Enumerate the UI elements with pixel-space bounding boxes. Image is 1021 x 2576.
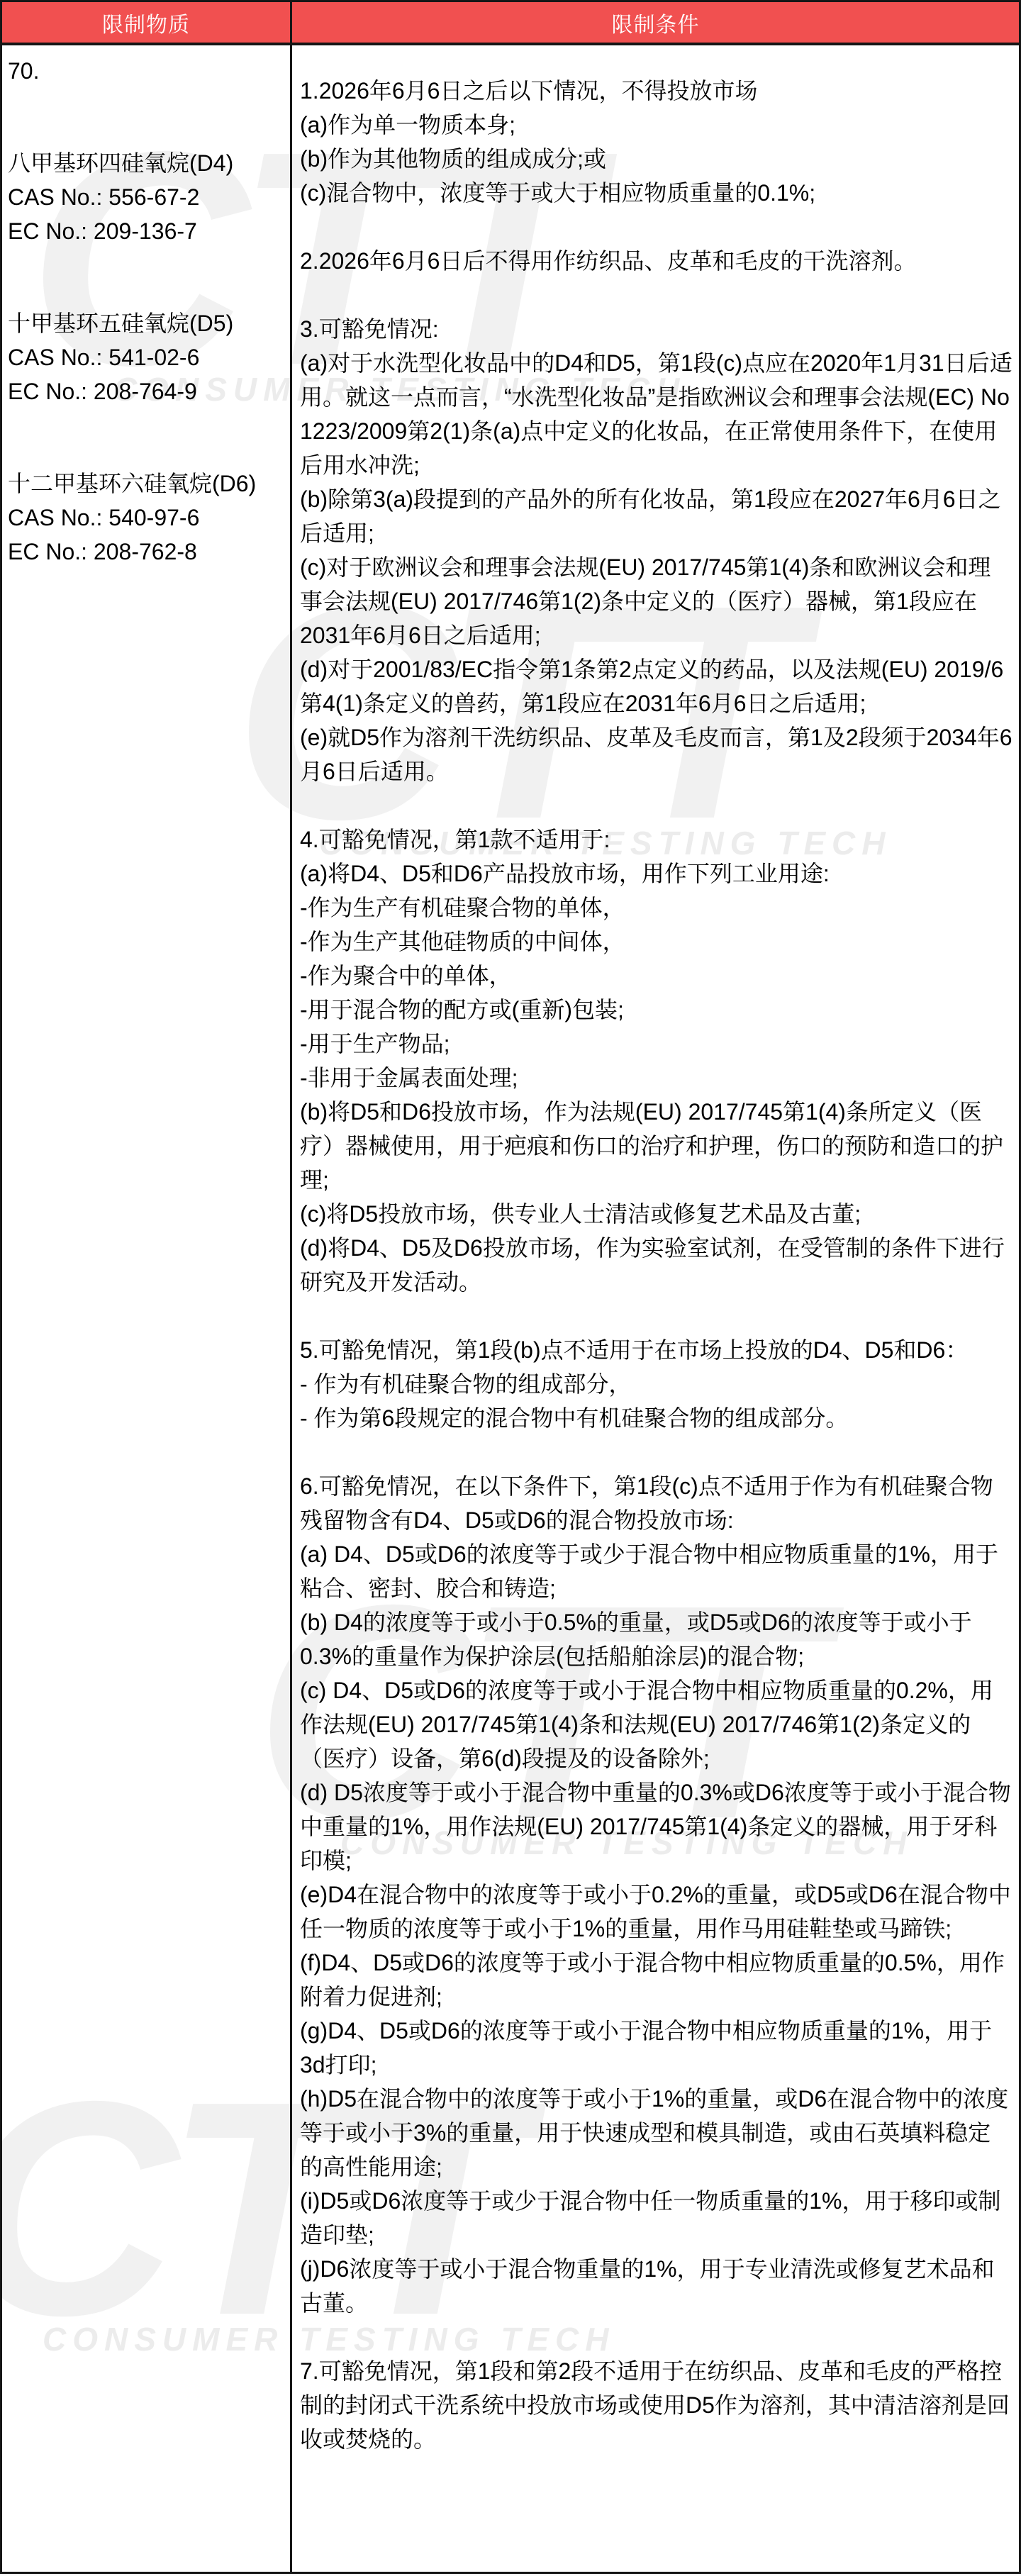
substance-group: 十二甲基环六硅氧烷(D6)CAS No.: 540-97-6EC No.: 20… <box>8 467 286 569</box>
condition-paragraph: (a)将D4、D5和D6产品投放市场，用作下列工业用途: <box>300 857 1013 891</box>
condition-paragraph: (c)对于欧洲议会和理事会法规(EU) 2017/745第1(4)条和欧洲议会和… <box>300 550 1013 652</box>
conditions-cell: 1.2026年6月6日之后以下情况，不得投放市场(a)作为单一物质本身;(b)作… <box>292 45 1019 2572</box>
condition-paragraph: (b) D4的浓度等于或小于0.5%的重量，或D5或D6的浓度等于或小于0.3%… <box>300 1605 1013 1673</box>
condition-paragraph: (b)将D5和D6投放市场，作为法规(EU) 2017/745第1(4)条所定义… <box>300 1095 1013 1197</box>
substance-cas-number: CAS No.: 540-97-6 <box>8 501 286 535</box>
condition-paragraph: (d)对于2001/83/EC指令第1条第2点定义的药品，以及法规(EU) 20… <box>300 652 1013 720</box>
condition-paragraph: -作为生产有机硅聚合物的单体， <box>300 891 1013 925</box>
entry-number: 70. <box>8 54 286 88</box>
condition-paragraph: (b)作为其他物质的组成成分;或 <box>300 142 1013 176</box>
condition-paragraph: 6.可豁免情况，在以下条件下，第1段(c)点不适用于作为有机硅聚合物残留物含有D… <box>300 1469 1013 1537</box>
substance-list: 八甲基环四硅氧烷(D4)CAS No.: 556-67-2EC No.: 209… <box>8 146 286 569</box>
condition-paragraph: - 作为有机硅聚合物的组成部分， <box>300 1367 1013 1401</box>
substance-group: 八甲基环四硅氧烷(D4)CAS No.: 556-67-2EC No.: 209… <box>8 146 286 248</box>
condition-paragraph: (a)对于水洗型化妆品中的D4和D5，第1段(c)点应在2020年1月31日后适… <box>300 346 1013 482</box>
condition-paragraph: (d) D5浓度等于或小于混合物中重量的0.3%或D6浓度等于或小于混合物中重量… <box>300 1775 1013 1878</box>
substance-ec-number: EC No.: 209-136-7 <box>8 214 286 248</box>
condition-paragraph: (a) D4、D5或D6的浓度等于或少于混合物中相应物质重量的1%，用于粘合、密… <box>300 1537 1013 1605</box>
condition-paragraph: (j)D6浓度等于或小于混合物重量的1%，用于专业清洗或修复艺术品和古董。 <box>300 2252 1013 2320</box>
condition-paragraph: -用于生产物品; <box>300 1027 1013 1061</box>
condition-paragraph: (c) D4、D5或D6的浓度等于或小于混合物中相应物质重量的0.2%，用作法规… <box>300 1673 1013 1775</box>
table-body-row: 70. 八甲基环四硅氧烷(D4)CAS No.: 556-67-2EC No.:… <box>2 45 1019 2572</box>
condition-paragraph: (e)就D5作为溶剂干洗纺织品、皮革及毛皮而言，第1及2段须于2034年6月6日… <box>300 720 1013 788</box>
header-cell-restriction-conditions: 限制条件 <box>292 2 1019 43</box>
condition-paragraph: (i)D5或D6浓度等于或少于混合物中任一物质重量的1%，用于移印或制造印垫; <box>300 2184 1013 2252</box>
condition-paragraph: - 作为第6段规定的混合物中有机硅聚合物的组成部分。 <box>300 1401 1013 1435</box>
condition-paragraph: (g)D4、D5或D6的浓度等于或小于混合物中相应物质重量的1%，用于3d打印; <box>300 2014 1013 2082</box>
condition-paragraph: (h)D5在混合物中的浓度等于或小于1%的重量，或D6在混合物中的浓度等于或小于… <box>300 2082 1013 2184</box>
header-cell-restricted-substance: 限制物质 <box>2 2 292 43</box>
condition-paragraph: 7.可豁免情况，第1段和第2段不适用于在纺织品、皮革和毛皮的严格控制的封闭式干洗… <box>300 2354 1013 2456</box>
condition-paragraph: -非用于金属表面处理; <box>300 1061 1013 1095</box>
substance-cas-number: CAS No.: 556-67-2 <box>8 180 286 214</box>
condition-paragraph: 5.可豁免情况，第1段(b)点不适用于在市场上投放的D4、D5和D6： <box>300 1333 1013 1367</box>
condition-paragraph: (d)将D4、D5及D6投放市场，作为实验室试剂，在受管制的条件下进行研究及开发… <box>300 1231 1013 1299</box>
substance-name: 八甲基环四硅氧烷(D4) <box>8 146 286 180</box>
substance-cell: 70. 八甲基环四硅氧烷(D4)CAS No.: 556-67-2EC No.:… <box>2 45 292 2572</box>
substance-name: 十甲基环五硅氧烷(D5) <box>8 306 286 340</box>
condition-paragraph: (f)D4、D5或D6的浓度等于或小于混合物中相应物质重量的0.5%，用作附着力… <box>300 1946 1013 2014</box>
condition-paragraph: (c)将D5投放市场，供专业人士清洁或修复艺术品及古董; <box>300 1197 1013 1231</box>
table-header-row: 限制物质 限制条件 <box>2 2 1019 45</box>
condition-paragraph: 4.可豁免情况，第1款不适用于: <box>300 823 1013 857</box>
condition-paragraph: (e)D4在混合物中的浓度等于或小于0.2%的重量，或D5或D6在混合物中任一物… <box>300 1878 1013 1946</box>
condition-paragraph: -作为聚合中的单体， <box>300 959 1013 993</box>
substance-ec-number: EC No.: 208-764-9 <box>8 374 286 408</box>
substance-cas-number: CAS No.: 541-02-6 <box>8 340 286 374</box>
restriction-table: 限制物质 限制条件 70. 八甲基环四硅氧烷(D4)CAS No.: 556-6… <box>0 0 1021 2574</box>
substance-group: 十甲基环五硅氧烷(D5)CAS No.: 541-02-6EC No.: 208… <box>8 306 286 408</box>
condition-paragraph: 3.可豁免情况: <box>300 312 1013 346</box>
substance-name: 十二甲基环六硅氧烷(D6) <box>8 467 286 501</box>
condition-paragraph: (a)作为单一物质本身; <box>300 108 1013 142</box>
substance-ec-number: EC No.: 208-762-8 <box>8 535 286 569</box>
condition-paragraph: -用于混合物的配方或(重新)包装; <box>300 993 1013 1027</box>
condition-paragraph: (c)混合物中，浓度等于或大于相应物质重量的0.1%; <box>300 176 1013 210</box>
condition-paragraph: (b)除第3(a)段提到的产品外的所有化妆品，第1段应在2027年6月6日之后适… <box>300 482 1013 550</box>
condition-paragraph: 2.2026年6月6日后不得用作纺织品、皮革和毛皮的干洗溶剂。 <box>300 244 1013 278</box>
condition-paragraph: 1.2026年6月6日之后以下情况，不得投放市场 <box>300 74 1013 108</box>
condition-paragraph: -作为生产其他硅物质的中间体， <box>300 925 1013 959</box>
document-page: CTT CONSUMER TESTING TECH CTT CONSUMER T… <box>0 0 1021 2576</box>
